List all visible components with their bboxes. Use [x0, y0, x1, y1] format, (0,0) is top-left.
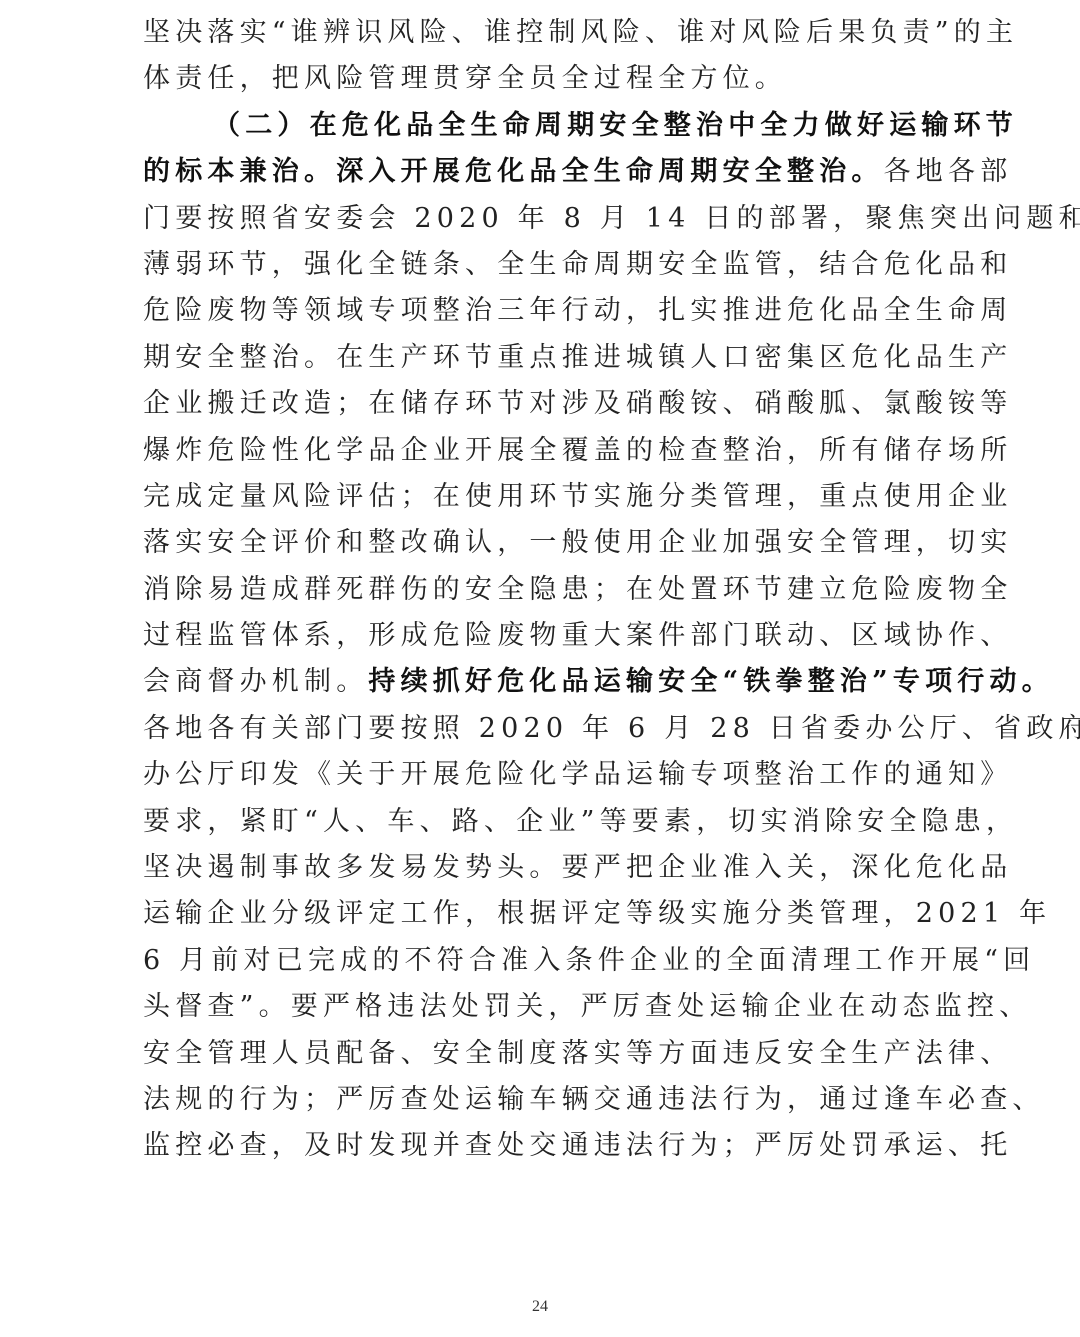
text-segment: 6 月前对已完成的不符合准入条件企业的全面清理工作开展“回: [143, 945, 1035, 976]
text-line: 薄弱环节，强化全链条、全生命周期安全监管，结合危化品和: [143, 242, 943, 288]
text-line: 监控必查，及时发现并查处交通违法行为；严厉处罚承运、托: [143, 1123, 943, 1169]
text-line: 法规的行为；严厉查处运输车辆交通违法行为，通过逢车必查、: [143, 1077, 943, 1123]
text-line: 6 月前对已完成的不符合准入条件企业的全面清理工作开展“回: [143, 938, 943, 984]
text-line: 头督查”。要严格违法处罚关，严厉查处运输企业在动态监控、: [143, 984, 943, 1030]
text-segment: 安全管理人员配备、安全制度落实等方面违反安全生产法律、: [143, 1038, 1012, 1069]
text-line: 危险废物等领域专项整治三年行动，扎实推进危化品全生命周: [143, 288, 943, 334]
text-segment: 坚决落实“谁辨识风险、谁控制风险、谁对风险后果负责”的主: [143, 17, 1018, 48]
text-segment: 法规的行为；严厉查处运输车辆交通违法行为，通过逢车必查、: [143, 1084, 1045, 1115]
text-segment: 落实安全评价和整改确认，一般使用企业加强安全管理，切实: [143, 527, 1012, 558]
bold-text-segment: 的标本兼治。深入开展危化品全生命周期安全整治。: [143, 156, 884, 187]
document-page: 坚决落实“谁辨识风险、谁控制风险、谁对风险后果负责”的主体责任，把风险管理贯穿全…: [0, 0, 1080, 1337]
text-segment: 薄弱环节，强化全链条、全生命周期安全监管，结合危化品和: [143, 249, 1012, 280]
text-line: 期安全整治。在生产环节重点推进城镇人口密集区危化品生产: [143, 335, 943, 381]
text-segment: 消除易造成群死群伤的安全隐患；在处置环节建立危险废物全: [143, 574, 1012, 605]
text-segment: 各地各有关部门要按照 2020 年 6 月 28 日省委办公厅、省政府: [143, 713, 1080, 744]
text-segment: 运输企业分级评定工作，根据评定等级实施分类管理，2021 年: [143, 898, 1051, 929]
text-line: 消除易造成群死群伤的安全隐患；在处置环节建立危险废物全: [143, 567, 943, 613]
text-line: 办公厅印发《关于开展危险化学品运输专项整治工作的通知》: [143, 752, 943, 798]
text-segment: 过程监管体系，形成危险废物重大案件部门联动、区域协作、: [143, 620, 1012, 651]
text-segment: 要求，紧盯“人、车、路、企业”等要素，切实消除安全隐患，: [143, 806, 1018, 837]
text-line: 爆炸危险性化学品企业开展全覆盖的检查整治，所有储存场所: [143, 428, 943, 474]
bold-text-segment: 持续抓好危化品运输安全“铁拳整治”专项行动。: [368, 666, 1053, 697]
text-segment: 体责任，把风险管理贯穿全员全过程全方位。: [143, 63, 787, 94]
text-line: 各地各有关部门要按照 2020 年 6 月 28 日省委办公厅、省政府: [143, 706, 943, 752]
page-number: 24: [0, 1298, 1080, 1316]
text-line: 体责任，把风险管理贯穿全员全过程全方位。: [143, 56, 943, 102]
text-segment: 监控必查，及时发现并查处交通违法行为；严厉处罚承运、托: [143, 1130, 1012, 1161]
section-heading-line: （二）在危化品全生命周期安全整治中全力做好运输环节: [143, 103, 943, 149]
text-segment: 坚决遏制事故多发易发势头。要严把企业准入关，深化危化品: [143, 852, 1012, 883]
text-segment: 会商督办机制。: [143, 666, 368, 697]
text-line: 坚决落实“谁辨识风险、谁控制风险、谁对风险后果负责”的主: [143, 10, 943, 56]
text-line: 门要按照省安委会 2020 年 8 月 14 日的部署，聚焦突出问题和: [143, 196, 943, 242]
text-segment: 各地各部: [884, 156, 1013, 187]
text-segment: 办公厅印发《关于开展危险化学品运输专项整治工作的通知》: [143, 759, 1012, 790]
text-line: 落实安全评价和整改确认，一般使用企业加强安全管理，切实: [143, 520, 943, 566]
text-segment: 头督查”。要严格违法处罚关，严厉查处运输企业在动态监控、: [143, 991, 1031, 1022]
text-line: 会商督办机制。持续抓好危化品运输安全“铁拳整治”专项行动。: [143, 659, 943, 705]
text-line: 企业搬迁改造；在储存环节对涉及硝酸铵、硝酸胍、氯酸铵等: [143, 381, 943, 427]
text-line: 完成定量风险评估；在使用环节实施分类管理，重点使用企业: [143, 474, 943, 520]
text-line: 坚决遏制事故多发易发势头。要严把企业准入关，深化危化品: [143, 845, 943, 891]
text-line: 运输企业分级评定工作，根据评定等级实施分类管理，2021 年: [143, 891, 943, 937]
text-segment: 爆炸危险性化学品企业开展全覆盖的检查整治，所有储存场所: [143, 435, 1012, 466]
text-segment: 危险废物等领域专项整治三年行动，扎实推进危化品全生命周: [143, 295, 1012, 326]
text-segment: 期安全整治。在生产环节重点推进城镇人口密集区危化品生产: [143, 342, 1012, 373]
text-segment: 企业搬迁改造；在储存环节对涉及硝酸铵、硝酸胍、氯酸铵等: [143, 388, 1012, 419]
text-segment: 门要按照省安委会 2020 年 8 月 14 日的部署，聚焦突出问题和: [143, 203, 1080, 234]
text-line: 的标本兼治。深入开展危化品全生命周期安全整治。各地各部: [143, 149, 943, 195]
text-line: 过程监管体系，形成危险废物重大案件部门联动、区域协作、: [143, 613, 943, 659]
document-body: 坚决落实“谁辨识风险、谁控制风险、谁对风险后果负责”的主体责任，把风险管理贯穿全…: [143, 10, 943, 1170]
text-line: 要求，紧盯“人、车、路、企业”等要素，切实消除安全隐患，: [143, 799, 943, 845]
text-line: 安全管理人员配备、安全制度落实等方面违反安全生产法律、: [143, 1031, 943, 1077]
text-segment: 完成定量风险评估；在使用环节实施分类管理，重点使用企业: [143, 481, 1012, 512]
bold-text-segment: （二）在危化品全生命周期安全整治中全力做好运输环节: [213, 110, 1018, 141]
